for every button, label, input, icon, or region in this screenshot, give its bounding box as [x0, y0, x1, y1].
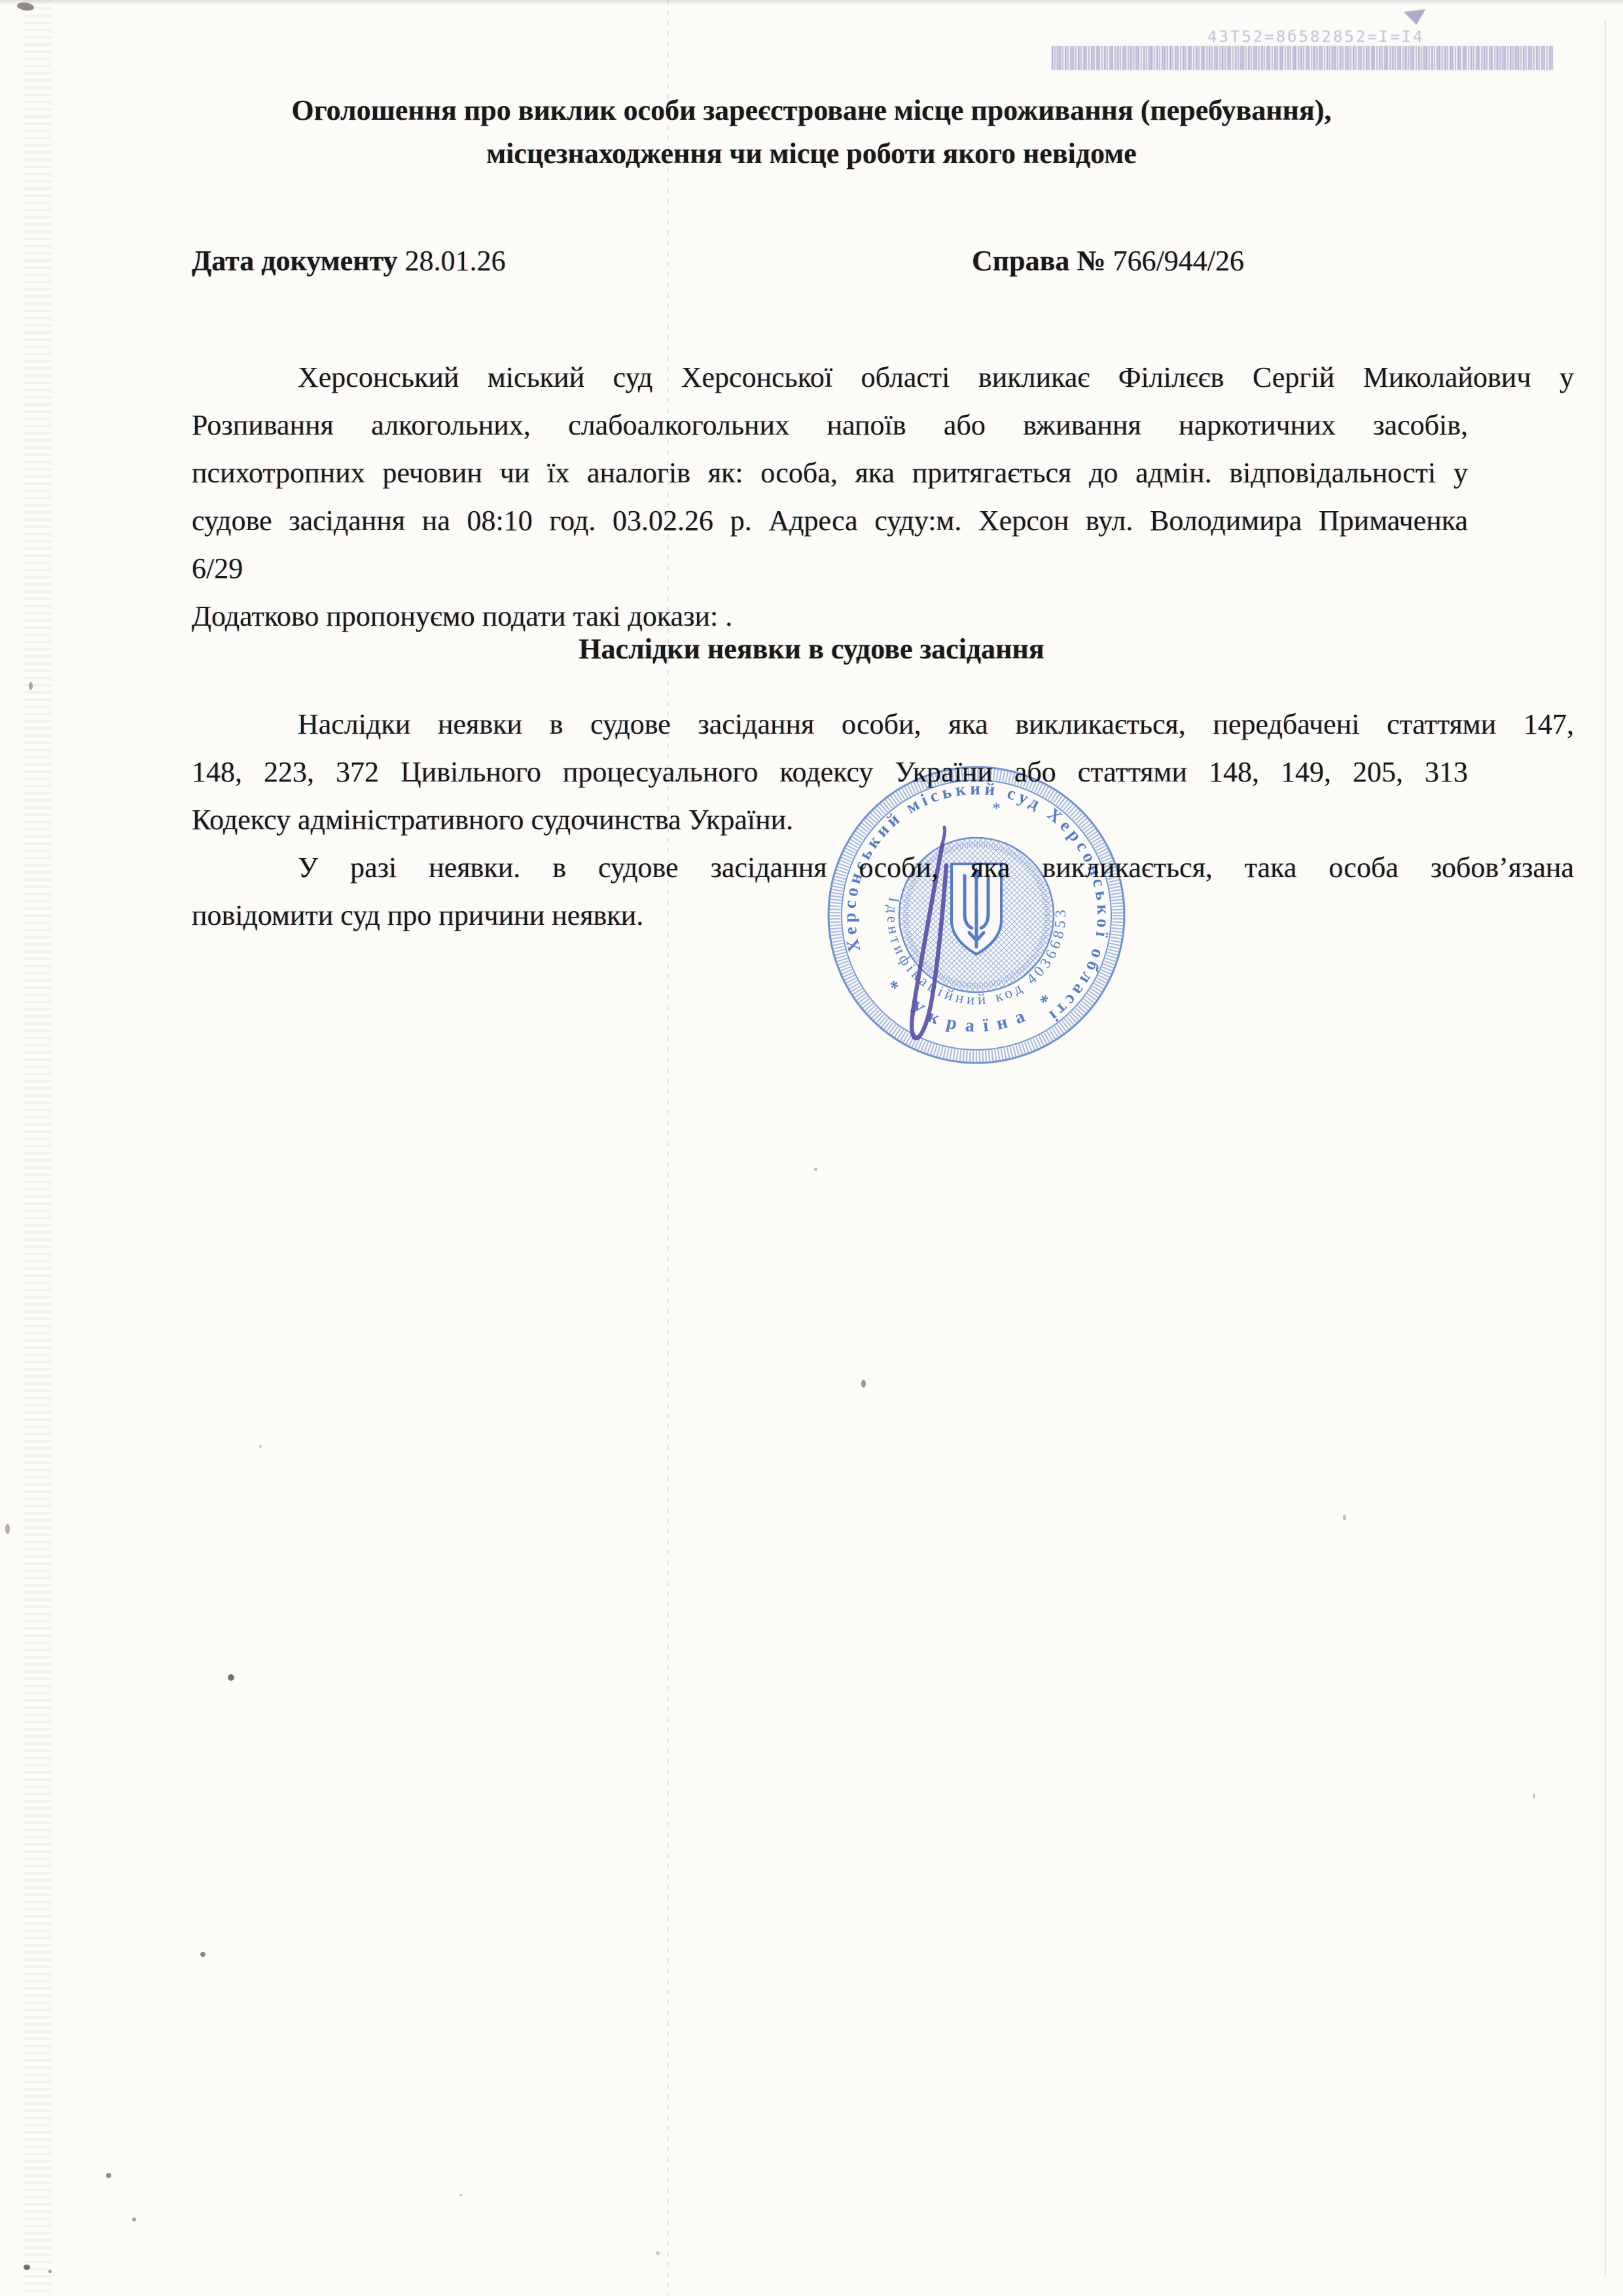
document-title: Оголошення про виклик особи зареєстрован… [0, 89, 1623, 175]
date-label: Дата документу [192, 245, 398, 277]
case-label: Справа № [972, 245, 1106, 277]
paper-crease-line [668, 0, 669, 2296]
scan-speck [29, 682, 33, 690]
case-value: 766/944/26 [1113, 245, 1244, 277]
scan-edge-shadow [0, 0, 1623, 5]
title-line-1: Оголошення про виклик особи зареєстрован… [0, 89, 1623, 132]
scanned-document-page: 4ЗТ52=8б582852=І=І4 Оголошення про викли… [0, 0, 1623, 2296]
case-number: Справа № 766/944/26 [972, 241, 1244, 281]
scan-speck [48, 2270, 52, 2273]
scan-speck [1343, 1515, 1346, 1520]
faint-imprint-text: 4ЗТ52=8б582852=І=І4 [1207, 27, 1561, 46]
body-line: 6/29 [192, 545, 1468, 592]
court-seal-graphic: Херсонський міський суд Херсонської обла… [826, 764, 1127, 1066]
scan-speck [1533, 1793, 1535, 1799]
scan-speck [132, 2217, 136, 2221]
scan-speck [5, 1524, 10, 1534]
court-seal: Херсонський міський суд Херсонської обла… [826, 764, 1127, 1066]
body-line: судове засідання на 08:10 год. 03.02.26 … [192, 497, 1468, 545]
scan-speck [459, 2194, 463, 2197]
body-line: психотропних речовин чи їх аналогів як: … [192, 449, 1468, 497]
scan-speck [656, 2251, 660, 2255]
title-line-2: місцезнаходження чи місце роботи якого н… [0, 132, 1623, 175]
scan-speck [861, 1380, 866, 1388]
seal-separator-star: * [992, 799, 1001, 818]
tryzub-shield-icon [952, 864, 1001, 954]
section-heading: Наслідки неявки в судове засідання [0, 625, 1623, 673]
scan-speck [259, 1445, 262, 1448]
document-date: Дата документу 28.01.26 [192, 241, 506, 281]
scan-speck [106, 2173, 111, 2178]
body-line: Херсонський міський суд Херсонської обла… [192, 353, 1574, 401]
scan-speck [24, 2265, 30, 2270]
ink-triangle-mark [1404, 9, 1427, 26]
body-line: Наслідки неявки в судове засідання особи… [192, 700, 1574, 748]
barcode [1052, 46, 1553, 70]
scanner-streak [24, 0, 51, 2296]
scan-speck [228, 1674, 234, 1681]
scan-speck [814, 1168, 817, 1171]
body-line: Розпивання алкогольних, слабоалкогольних… [192, 401, 1468, 449]
date-value: 28.01.26 [405, 245, 506, 277]
scan-speck [200, 1952, 205, 1957]
scan-edge-line [1605, 20, 1606, 2278]
